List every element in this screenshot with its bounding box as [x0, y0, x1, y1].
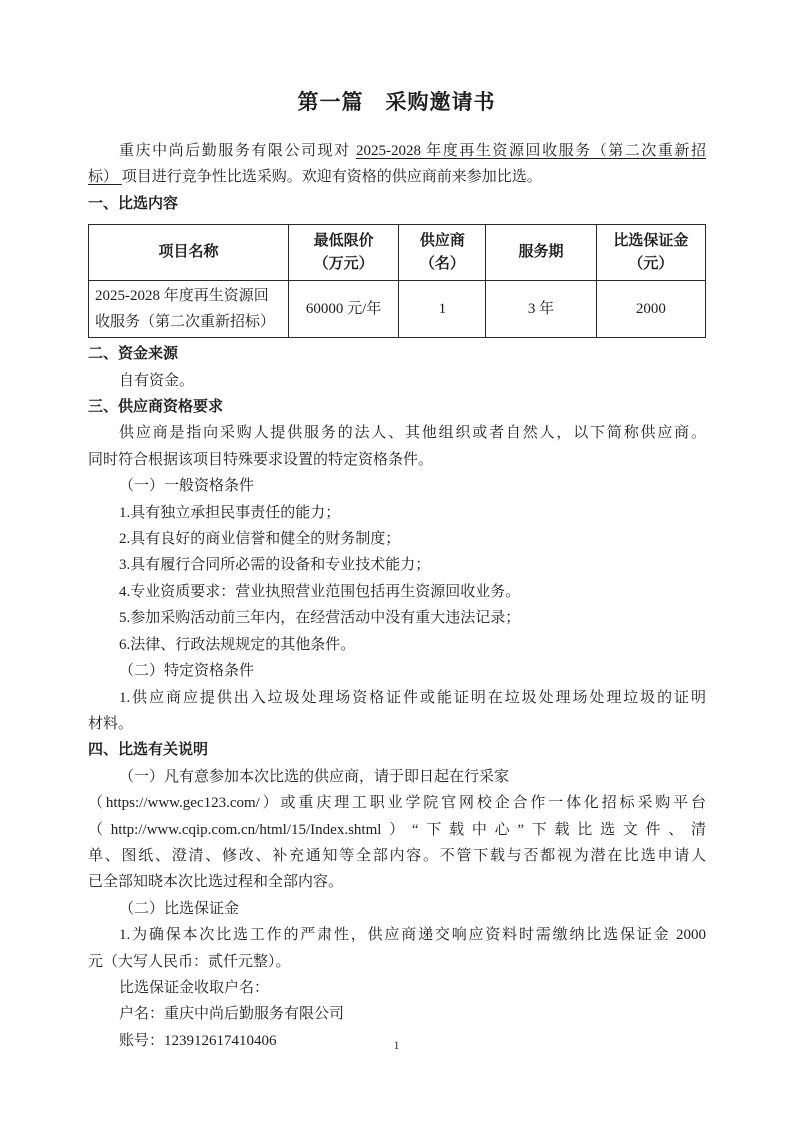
section-3-heading: 三、供应商资格要求: [88, 394, 706, 420]
table-cell-min-price: 60000 元/年: [288, 281, 398, 338]
specific-conditions-title: （二）特定资格条件: [88, 658, 706, 684]
section-1-heading: 一、比选内容: [88, 191, 706, 217]
notice-line-2: （https://www.gec123.com/）或重庆理工职业学院官网校企合作…: [88, 790, 706, 816]
intro-line-1-underlined: 2025-2028 年度再生资源回收服务（第二次重新招: [356, 143, 706, 159]
intro-line-2-plain: 项目进行竞争性比选采购。欢迎有资格的供应商前来参加比选。: [122, 169, 542, 185]
account-name: 户名：重庆中尚后勤服务有限公司: [88, 1001, 706, 1027]
specific-condition-line-2: 材料。: [88, 711, 706, 737]
section-2-body: 自有资金。: [88, 368, 706, 394]
table-cell-project-name: 2025-2028 年度再生资源回收服务（第二次重新招标）: [89, 281, 289, 338]
general-condition-item: 6.法律、行政法规规定的其他条件。: [88, 632, 706, 658]
notice-line-5: 已全部知晓本次比选过程和全部内容。: [88, 869, 706, 895]
table-row: 2025-2028 年度再生资源回收服务（第二次重新招标） 60000 元/年 …: [89, 281, 706, 338]
intro-line-2-underlined: 标）: [88, 169, 122, 185]
intro-line-2: 标） 项目进行竞争性比选采购。欢迎有资格的供应商前来参加比选。: [88, 164, 706, 190]
notice-line-1: （一）凡有意参加本次比选的供应商，请于即日起在行采家: [88, 764, 706, 790]
general-condition-item: 3.具有履行合同所必需的设备和专业技术能力；: [88, 552, 706, 578]
table-cell-deposit: 2000: [596, 281, 705, 338]
table-cell-supplier-count: 1: [399, 281, 486, 338]
specific-condition-line-1: 1.供应商应提供出入垃圾处理场资格证件或能证明在垃圾处理场处理垃圾的证明: [88, 685, 706, 711]
intro-line-1: 重庆中尚后勤服务有限公司现对 2025-2028 年度再生资源回收服务（第二次重…: [88, 138, 706, 164]
table-header-project-name: 项目名称: [89, 225, 289, 281]
section-3-para-line-1: 供应商是指向采购人提供服务的法人、其他组织或者自然人，以下简称供应商。: [88, 420, 706, 446]
document-body: 重庆中尚后勤服务有限公司现对 2025-2028 年度再生资源回收服务（第二次重…: [88, 138, 706, 1054]
table-header-deposit: 比选保证金 （元）: [596, 225, 705, 281]
general-condition-item: 2.具有良好的商业信誉和健全的财务制度；: [88, 526, 706, 552]
general-condition-item: 5.参加采购活动前三年内，在经营活动中没有重大违法记录；: [88, 605, 706, 631]
general-condition-item: 4.专业资质要求：营业执照营业范围包括再生资源回收业务。: [88, 579, 706, 605]
section-4-heading: 四、比选有关说明: [88, 737, 706, 763]
table-cell-service-period: 3 年: [486, 281, 596, 338]
document-title: 第一篇 采购邀请书: [0, 88, 793, 116]
table-header-row: 项目名称 最低限价 （万元） 供应商 （名） 服务期 比选保证金 （元）: [89, 225, 706, 281]
notice-line-4: 单、图纸、澄清、修改、补充通知等全部内容。不管下载与否都视为潜在比选申请人: [88, 843, 706, 869]
notice-line-3: （http://www.cqip.com.cn/html/15/Index.sh…: [88, 817, 706, 843]
deposit-title: （二）比选保证金: [88, 896, 706, 922]
deposit-line-1: 1.为确保本次比选工作的严肃性，供应商递交响应资料时需缴纳比选保证金 2000: [88, 922, 706, 948]
general-conditions-title: （一）一般资格条件: [88, 473, 706, 499]
table-header-min-price: 最低限价 （万元）: [288, 225, 398, 281]
comparison-table: 项目名称 最低限价 （万元） 供应商 （名） 服务期 比选保证金 （元） 202…: [88, 224, 706, 338]
section-2-heading: 二、资金来源: [88, 341, 706, 367]
account-heading: 比选保证金收取户名：: [88, 975, 706, 1001]
intro-line-1-plain: 重庆中尚后勤服务有限公司现对: [119, 143, 356, 159]
page-number: 1: [0, 1036, 793, 1054]
general-condition-item: 1.具有独立承担民事责任的能力；: [88, 500, 706, 526]
section-3-para-line-2: 同时符合根据该项目特殊要求设置的特定资格条件。: [88, 447, 706, 473]
table-header-supplier-count: 供应商 （名）: [399, 225, 486, 281]
document-page: 第一篇 采购邀请书 重庆中尚后勤服务有限公司现对 2025-2028 年度再生资…: [0, 0, 793, 1122]
deposit-line-2: 元（大写人民币：贰仟元整）。: [88, 949, 706, 975]
table-header-service-period: 服务期: [486, 225, 596, 281]
